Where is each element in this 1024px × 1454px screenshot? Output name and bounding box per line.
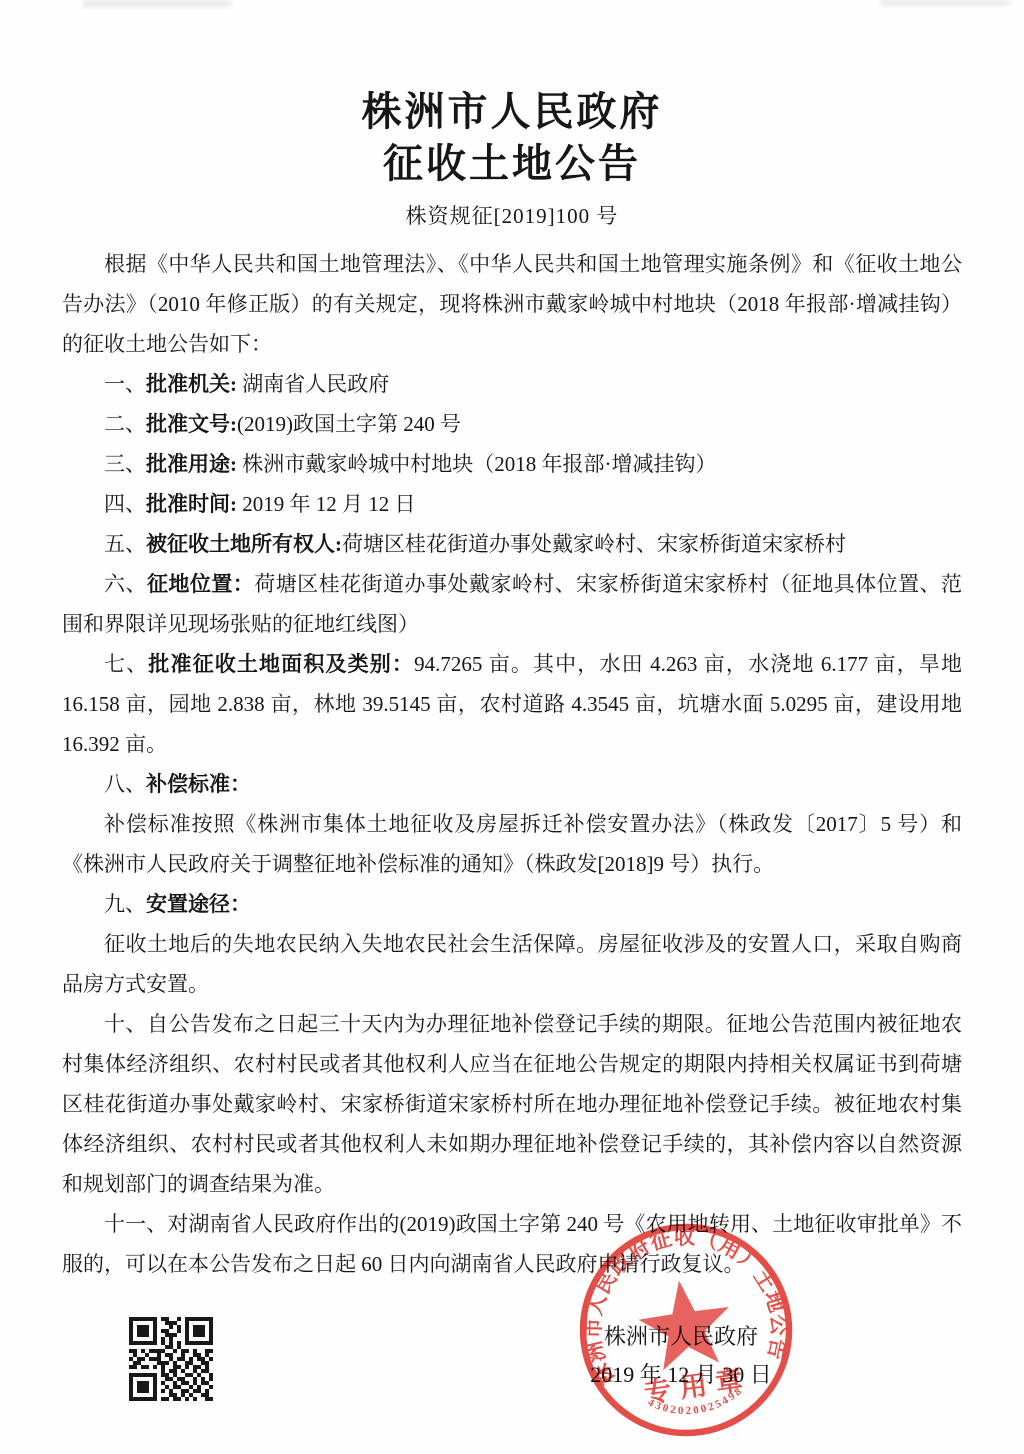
document-header: 株洲市人民政府 征收土地公告 株资规征[2019]100 号 (0, 0, 1024, 230)
scan-artifact (880, 0, 1010, 6)
item-8-body: 补偿标准按照《株洲市集体土地征收及房屋拆迁补偿安置办法》（株政发〔2017〕5 … (62, 804, 962, 884)
item-10: 十、自公告发布之日起三十天内为办理征地补偿登记手续的期限。征地公告范围内被征地农… (62, 1004, 962, 1204)
item-7: 七、批准征收土地面积及类别：94.7265 亩。其中，水田 4.263 亩，水浇… (62, 644, 962, 764)
intro-paragraph: 根据《中华人民共和国土地管理法》、《中华人民共和国土地管理实施条例》和《征收土地… (62, 244, 962, 364)
item-9-heading: 九、安置途径： (62, 884, 962, 924)
item-3: 三、批准用途: 株洲市戴家岭城中村地块（2018 年报部·增减挂钩） (62, 444, 962, 484)
scan-artifact (82, 0, 232, 7)
document-title-line1: 株洲市人民政府 (0, 86, 1024, 138)
item-11: 十一、对湖南省人民政府作出的(2019)政国土字第 240 号《农用地转用、土地… (62, 1204, 962, 1284)
item-1: 一、批准机关: 湖南省人民政府 (62, 364, 962, 404)
item-6: 六、征地位置：荷塘区桂花街道办事处戴家岭村、宋家桥街道宋家桥村（征地具体位置、范… (62, 564, 962, 644)
qr-code (129, 1317, 213, 1401)
item-2: 二、批准文号:(2019)政国土字第 240 号 (62, 404, 962, 444)
document-page: 株洲市人民政府 征收土地公告 株资规征[2019]100 号 根据《中华人民共和… (0, 0, 1024, 1454)
document-title-line2: 征收土地公告 (0, 138, 1024, 190)
item-9-body: 征收土地后的失地农民纳入失地农民社会生活保障。房屋征收涉及的安置人口，采取自购商… (62, 924, 962, 1004)
item-4: 四、批准时间: 2019 年 12 月 12 日 (62, 484, 962, 524)
official-seal: 株洲市人民政府征收（用）土地公告 专用章 4302020025498 (562, 1206, 810, 1454)
document-number: 株资规征[2019]100 号 (0, 200, 1024, 230)
item-8-heading: 八、补偿标准： (62, 764, 962, 804)
item-5: 五、被征收土地所有权人:荷塘区桂花街道办事处戴家岭村、宋家桥街道宋家桥村 (62, 524, 962, 564)
star-icon (634, 1274, 736, 1373)
document-body: 根据《中华人民共和国土地管理法》、《中华人民共和国土地管理实施条例》和《征收土地… (62, 244, 962, 1284)
